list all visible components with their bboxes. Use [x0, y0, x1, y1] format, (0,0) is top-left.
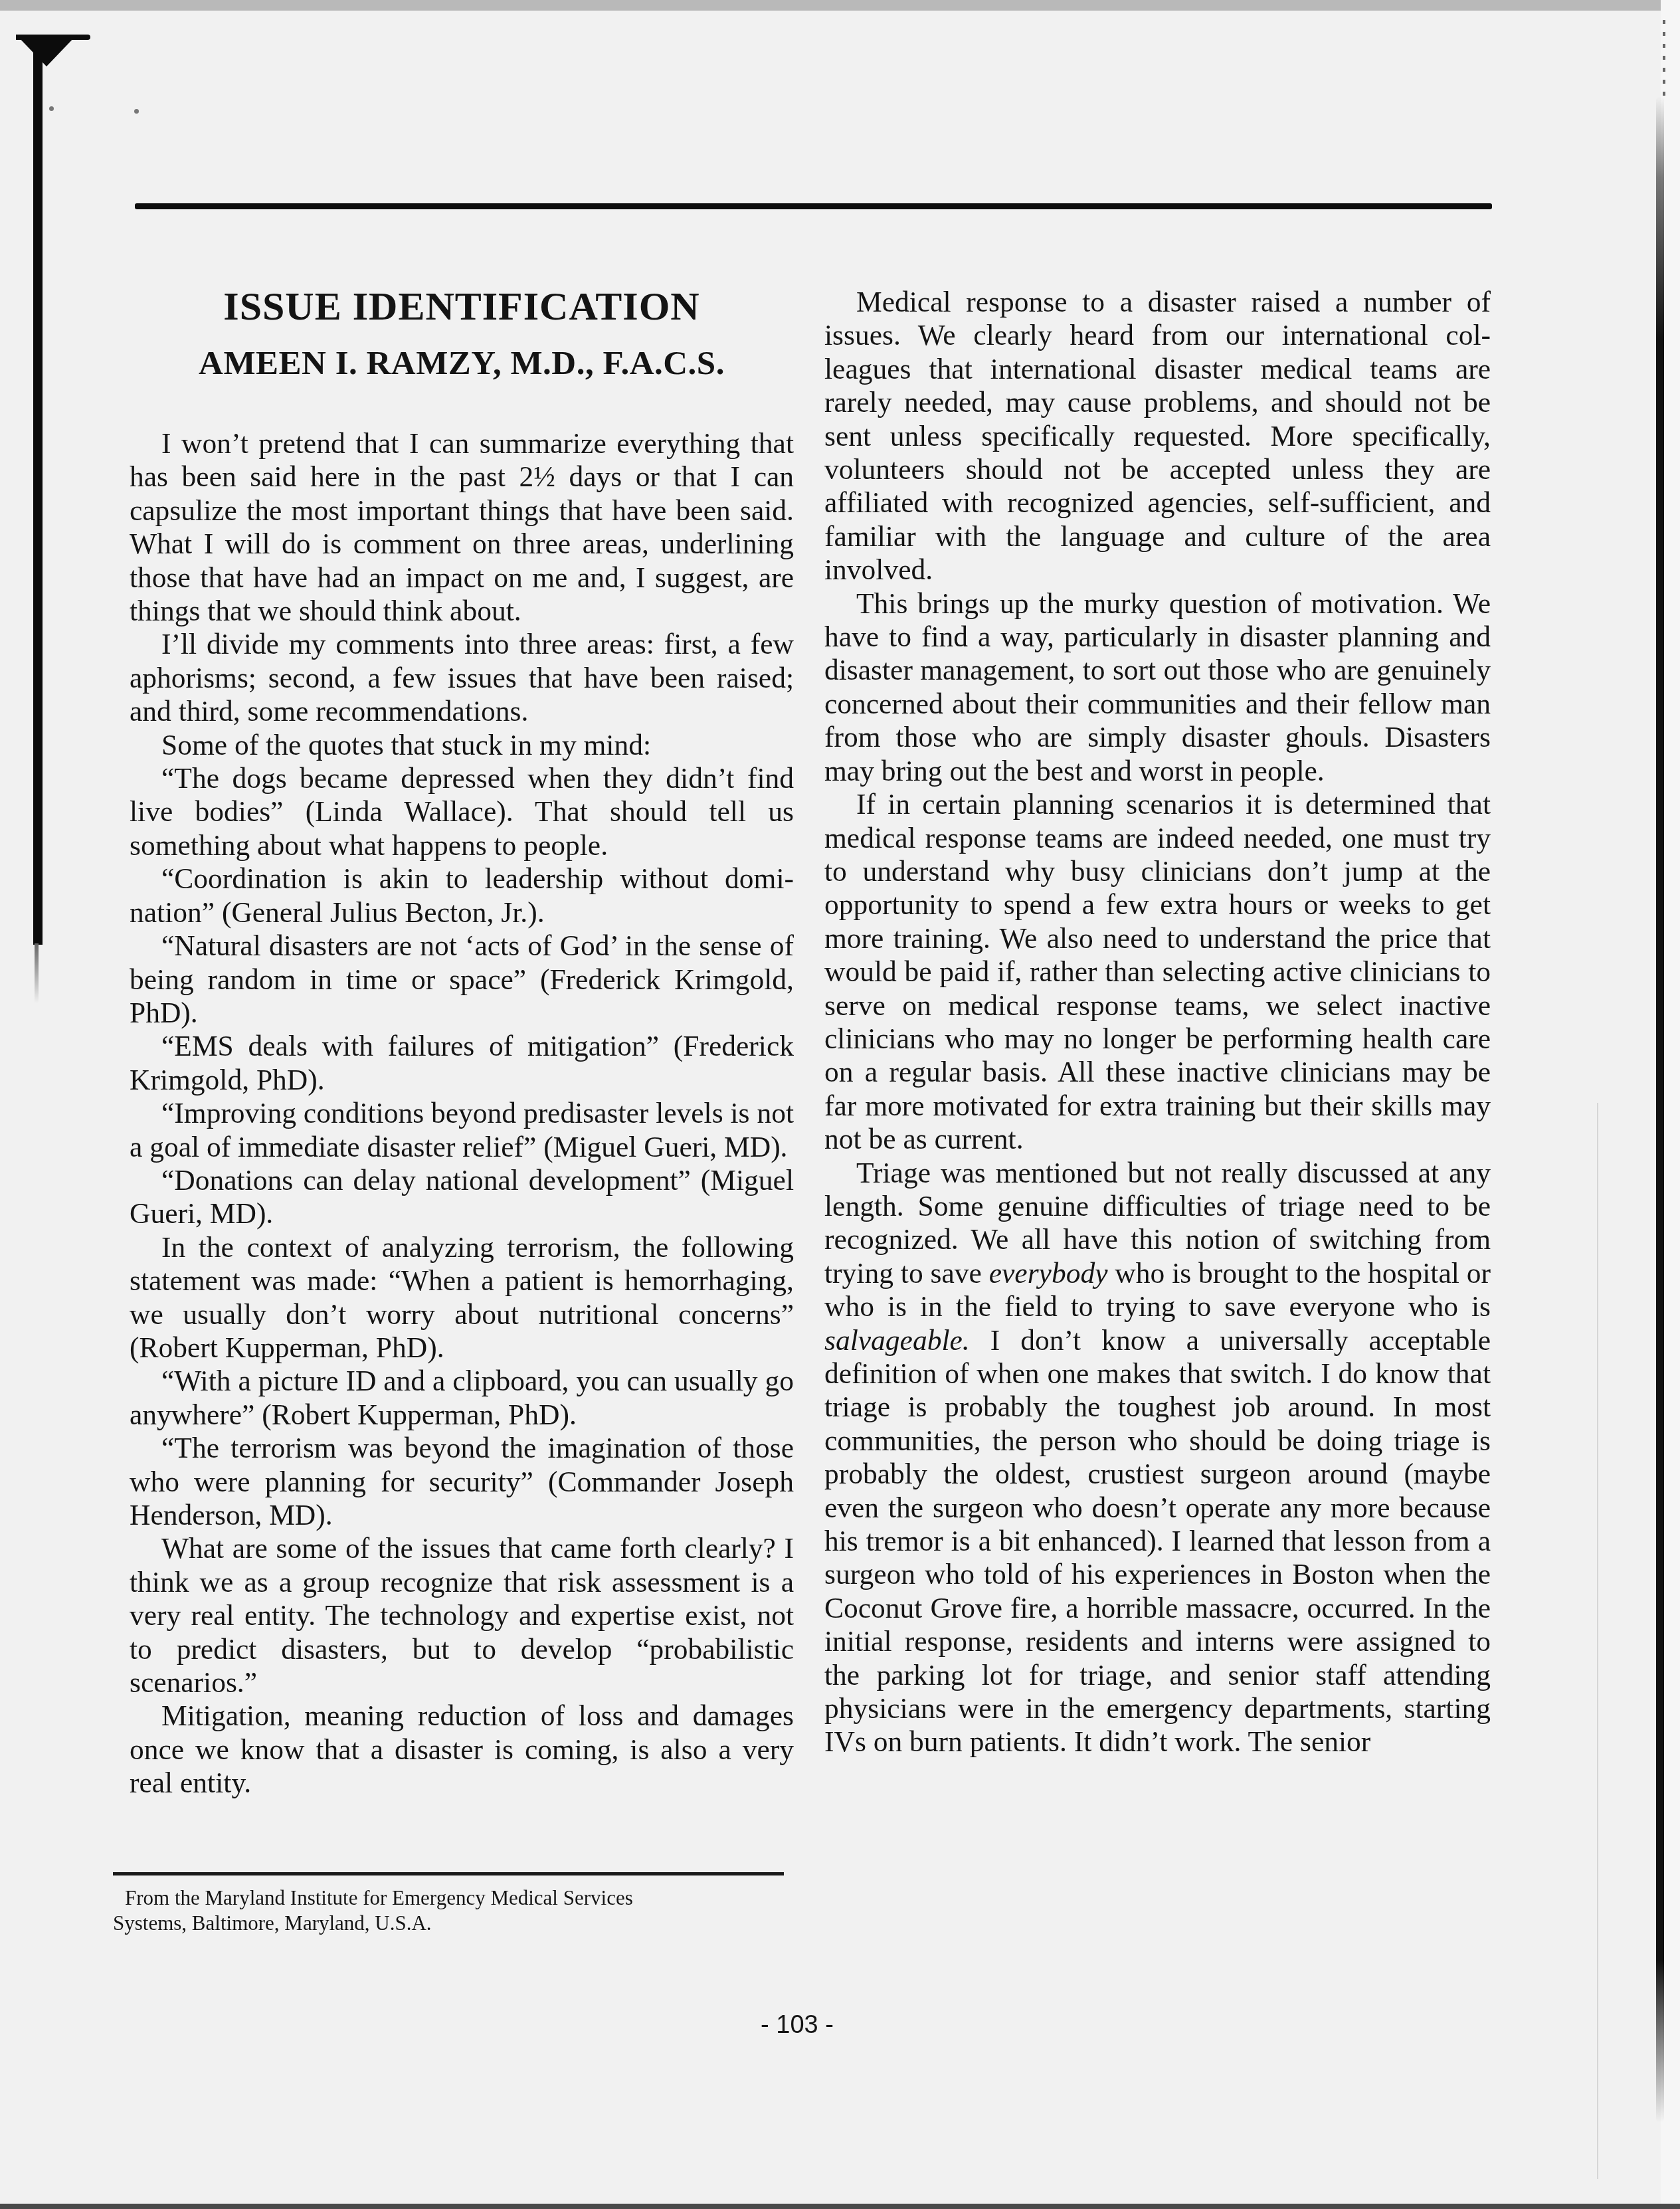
- top-rule: [135, 203, 1492, 209]
- quote-paragraph: “Donations can delay national developmen…: [130, 1164, 794, 1231]
- corner-dust-marks: [49, 106, 139, 113]
- quote-paragraph: “Natural disasters are not ‘acts of God’…: [130, 929, 794, 1030]
- quote-paragraph: “EMS deals with failures of mitigation” …: [130, 1030, 794, 1097]
- emphasis-everybody: everybody: [989, 1258, 1108, 1290]
- article-title: ISSUE IDENTIFICATION: [130, 282, 794, 330]
- article-author: AMEEN I. RAMZY, M.D., F.A.C.S.: [130, 342, 794, 385]
- paragraph: I’ll divide my comments into three areas…: [130, 628, 794, 728]
- paragraph: Medical response to a disaster raised a …: [824, 286, 1491, 587]
- scan-edge-marks: [1663, 20, 1665, 100]
- paragraph: Some of the quotes that stuck in my mind…: [130, 729, 794, 762]
- paragraph: If in certain planning scenarios it is d…: [824, 788, 1491, 1156]
- text-run: I don’t know a universally acceptable de…: [824, 1325, 1491, 1759]
- dust-mark: [134, 109, 139, 114]
- paragraph: I won’t pretend that I can summarize eve…: [130, 427, 794, 628]
- affiliation-footnote: From the Maryland Institute for Emergenc…: [113, 1885, 785, 1936]
- triage-paragraph: Triage was mentioned but not really disc…: [824, 1157, 1491, 1759]
- paragraph: Mitigation, meaning reduction of loss an…: [130, 1699, 794, 1800]
- paragraph: What are some of the issues that came fo…: [130, 1532, 794, 1699]
- corner-ornament-flare: [16, 35, 77, 66]
- corner-ornament-bar: [33, 41, 43, 945]
- footnote-line-2: Systems, Baltimore, Maryland, U.S.A.: [113, 1911, 432, 1935]
- quote-paragraph: “With a picture ID and a clipboard, you …: [130, 1365, 794, 1432]
- footnote-line-1: From the Maryland Institute for Emergenc…: [113, 1885, 785, 1911]
- emphasis-salvageable: salvageable.: [824, 1325, 970, 1357]
- scan-right-shadow-bar: [1656, 96, 1664, 2123]
- dust-mark: [49, 106, 54, 111]
- quote-paragraph: “Coordination is akin to leadership with…: [130, 862, 794, 929]
- paragraph: This brings up the murky question of mot…: [824, 587, 1491, 788]
- quote-paragraph: “The dogs became depressed when they did…: [130, 762, 794, 862]
- right-column: Medical response to a disaster raised a …: [824, 286, 1491, 1759]
- scan-faint-line: [1597, 1103, 1598, 2179]
- quote-paragraph: “The terrorism was beyond the imaginatio…: [130, 1432, 794, 1532]
- quote-paragraph: “Improving conditions beyond predisaster…: [130, 1097, 794, 1164]
- corner-ornament-fade: [35, 943, 39, 1003]
- footnote-rule: [113, 1872, 784, 1875]
- scan-top-edge: [0, 0, 1680, 11]
- left-column: I won’t pretend that I can summarize eve…: [130, 427, 794, 1800]
- page-number: - 103 -: [731, 2011, 864, 2040]
- paragraph: In the context of analyzing terrorism, t…: [130, 1231, 794, 1365]
- scan-bottom-edge: [0, 2204, 1680, 2209]
